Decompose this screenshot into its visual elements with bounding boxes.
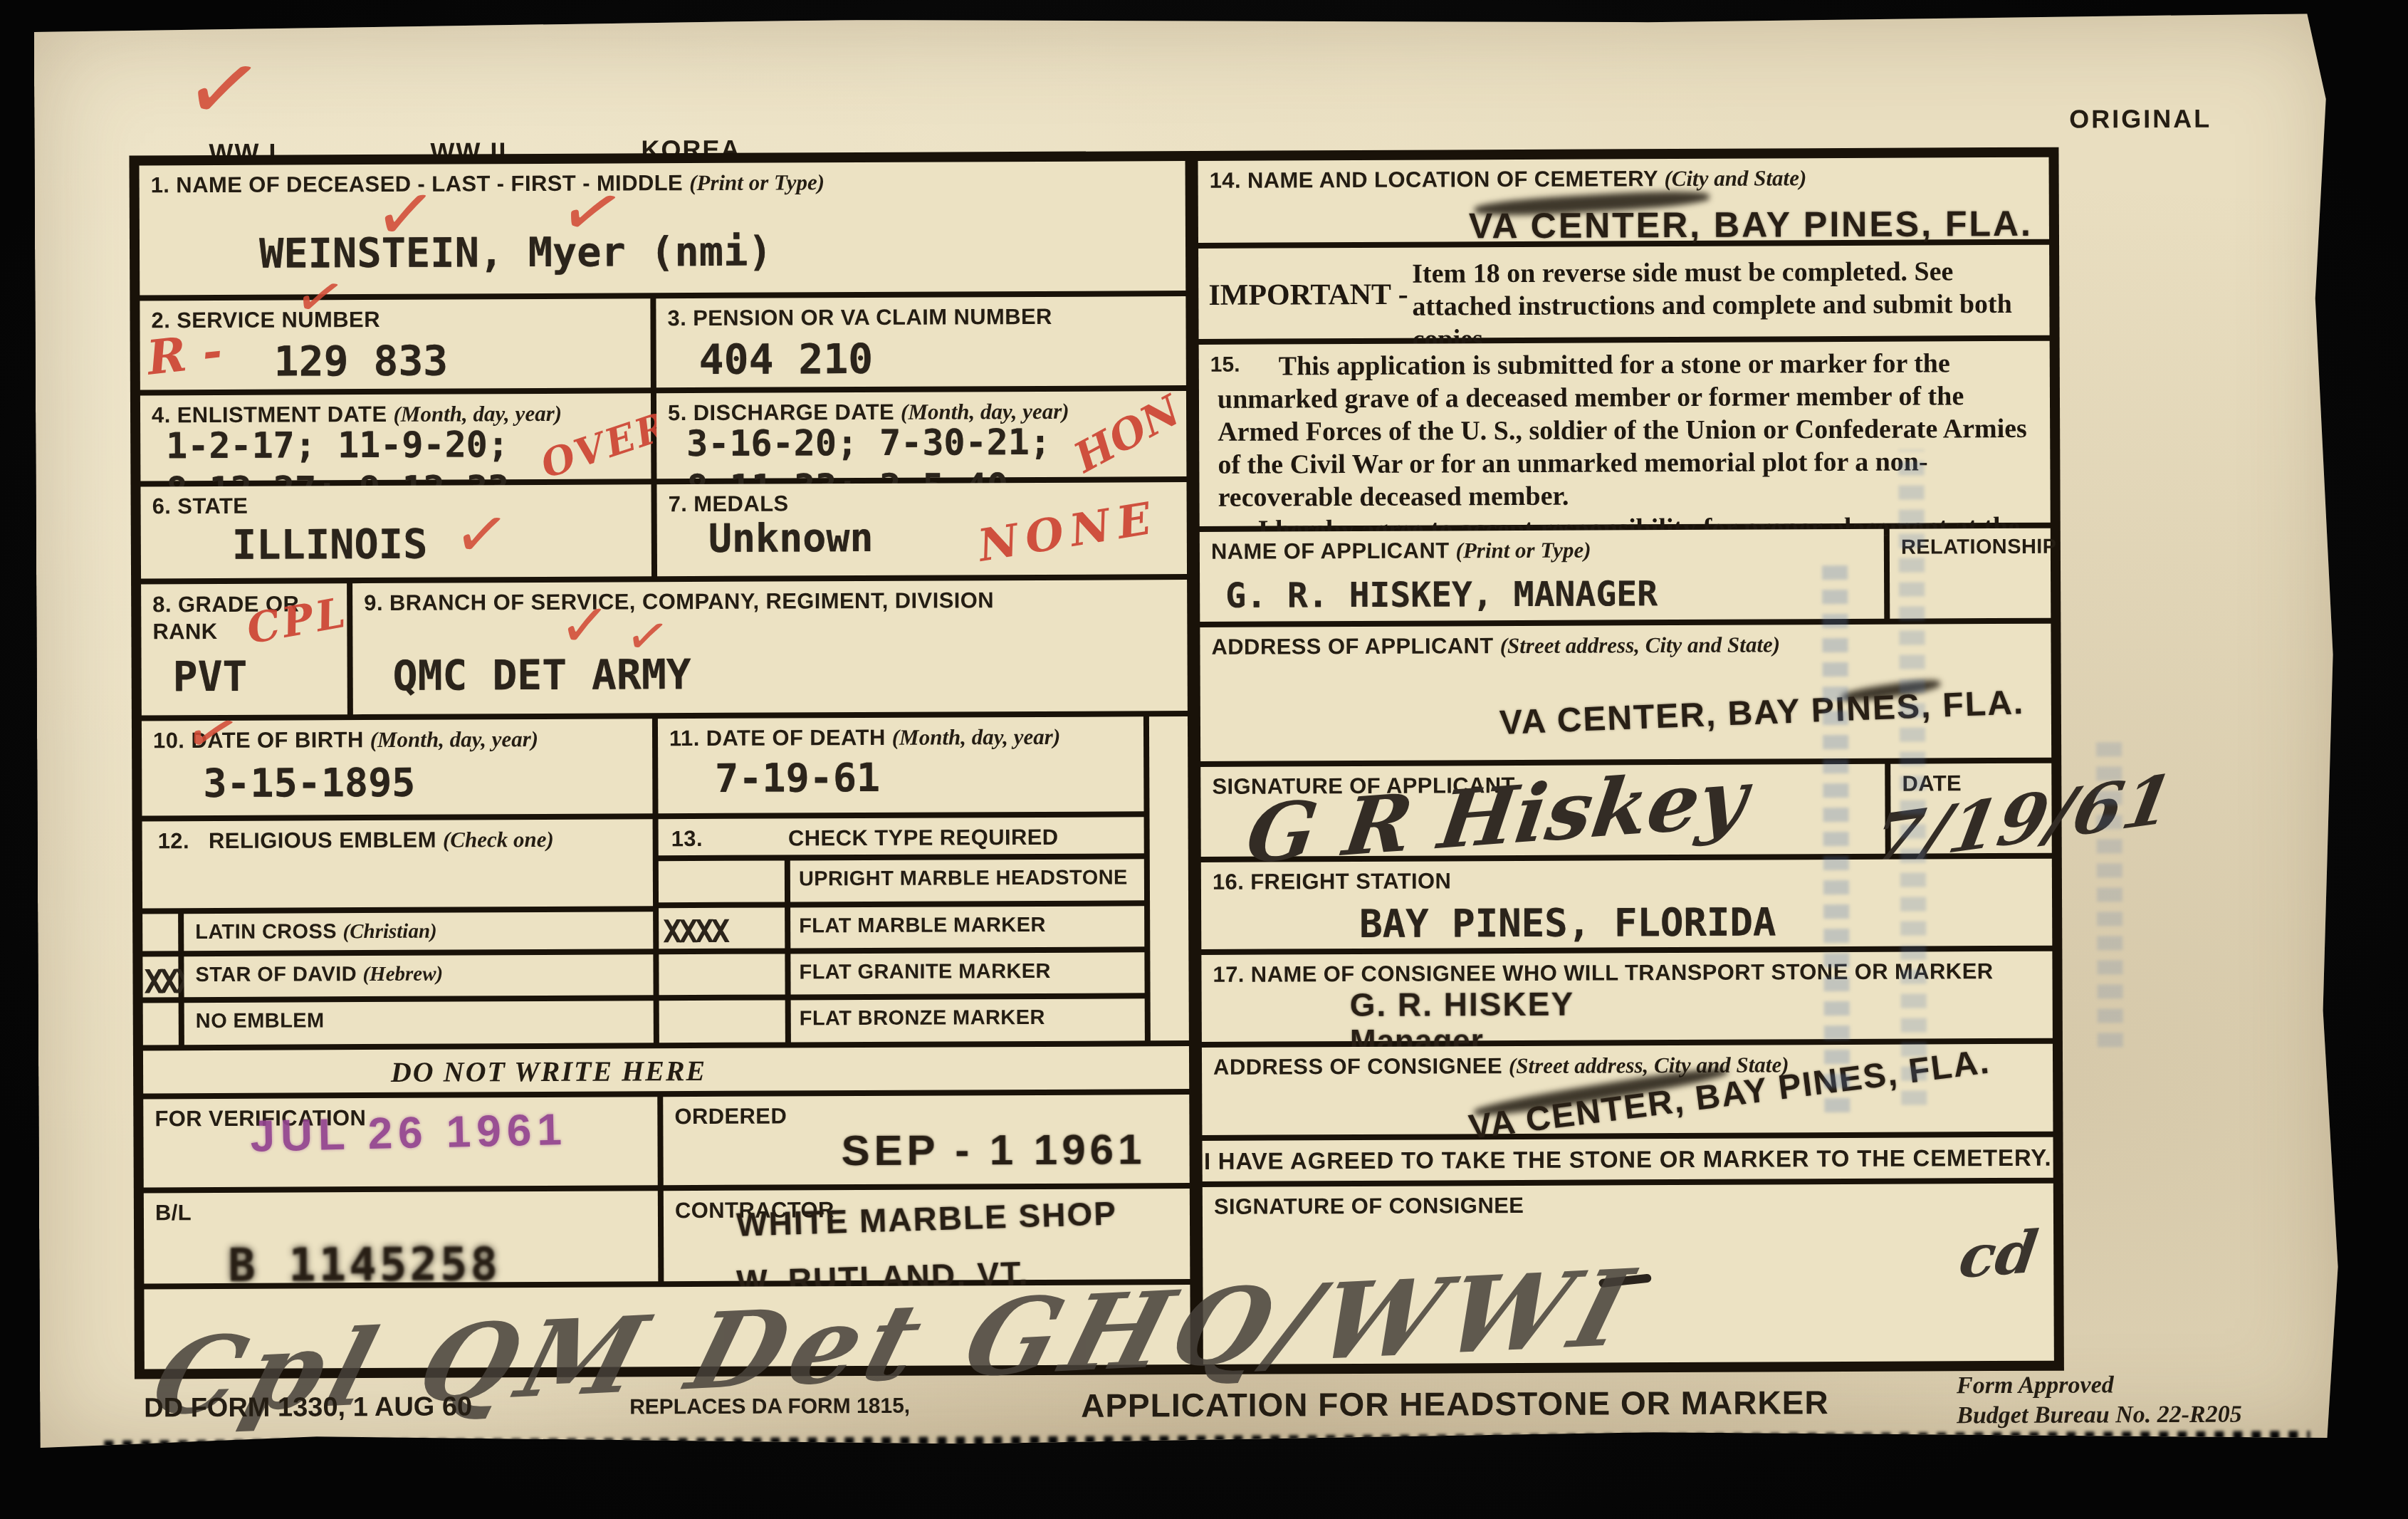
option-latin-cross: LATIN CROSS (Christian) bbox=[184, 912, 653, 951]
field-label-italic: (Check one) bbox=[443, 827, 554, 852]
typed-x-mark: XXXX bbox=[663, 914, 727, 950]
field-number: 11. bbox=[669, 726, 700, 751]
option-label-italic: (Hebrew) bbox=[362, 963, 443, 986]
typed-value: 7-19-61 bbox=[715, 755, 880, 801]
field-service-number: 2. SERVICE NUMBER 129 833 R - ✓ bbox=[140, 298, 651, 390]
field-grade-or-rank: 8. GRADE OR RANK PVT CPL bbox=[141, 583, 347, 715]
checkbox-upright-marble bbox=[659, 860, 785, 902]
do-not-write-banner: DO NOT WRITE HERE bbox=[143, 1046, 1189, 1093]
footer-form-id: DD FORM 1330, 1 AUG 60 bbox=[144, 1392, 472, 1424]
option-label: STAR OF DAVID bbox=[195, 963, 357, 986]
typed-value-line1: 3-16-20; 7-30-21; bbox=[686, 420, 1051, 466]
field-label: MEDALS bbox=[693, 491, 788, 516]
red-check-icon: ✓ bbox=[450, 499, 513, 572]
field-religious-emblem-header: 12. RELIGIOUS EMBLEM (Check one) bbox=[142, 819, 654, 908]
date-stamp-ordered: SEP - 1 1961 bbox=[841, 1124, 1146, 1175]
option-flat-bronze: FLAT BRONZE MARKER bbox=[791, 998, 1145, 1042]
form-paper: WW I WW II KOREA ORIGINAL ✓ 1. NAME OF D… bbox=[34, 14, 2346, 1448]
field-label: NAME OF APPLICANT bbox=[1211, 538, 1450, 563]
field-label: ADDRESS OF CONSIGNEE bbox=[1213, 1053, 1502, 1080]
red-check-icon: ✓ bbox=[557, 593, 613, 658]
field-label: ADDRESS OF APPLICANT bbox=[1211, 633, 1493, 659]
checkbox-no-emblem bbox=[143, 1003, 179, 1045]
field-number: 16. bbox=[1213, 870, 1244, 894]
red-check-icon: ✓ bbox=[622, 607, 674, 665]
field-state: 6. STATE ILLINOIS ✓ bbox=[140, 484, 651, 578]
field-number: 5. bbox=[668, 400, 687, 425]
field-label-italic: (City and State) bbox=[1664, 165, 1806, 191]
red-annotation-service-prefix: R - bbox=[145, 323, 225, 386]
checkbox-flat-granite bbox=[659, 954, 785, 995]
field-number: 9. bbox=[364, 590, 383, 615]
agreement-text: I HAVE AGREED TO TAKE THE STONE OR MARKE… bbox=[1203, 1137, 2053, 1175]
field-number: 3. bbox=[667, 306, 686, 330]
faint-blue-stamp bbox=[1822, 557, 1850, 1112]
field-number: 1. bbox=[151, 172, 170, 197]
field-number: 6. bbox=[152, 494, 172, 518]
stamp-bl-number: B 1145258 bbox=[228, 1238, 501, 1293]
field-label: SIGNATURE OF CONSIGNEE bbox=[1214, 1193, 1524, 1219]
stamp-cemetery: VA CENTER, BAY PINES, FLA. bbox=[1469, 203, 2033, 246]
checkbox-flat-marble: XXXX bbox=[659, 907, 785, 949]
field-contractor: CONTRACTOR WHITE MARBLE SHOP W. RUTLAND,… bbox=[664, 1189, 1190, 1281]
checkbox-star-of-david: XXX bbox=[142, 956, 178, 997]
field-label: PENSION OR VA CLAIM NUMBER bbox=[693, 304, 1052, 330]
footer-approved-2: Budget Bureau No. 22-R205 bbox=[1957, 1401, 2242, 1430]
field-number: 7. bbox=[669, 491, 688, 516]
field-discharge-date: 5. DISCHARGE DATE (Month, day, year) 3-1… bbox=[656, 391, 1187, 479]
checkbox-latin-cross bbox=[142, 914, 178, 951]
field-label-italic: (Month, day, year) bbox=[892, 724, 1061, 750]
typed-value: G. R. HISKEY, MANAGER bbox=[1225, 574, 1658, 616]
field-medals: 7. MEDALS Unknown NONE bbox=[656, 482, 1187, 576]
field-ordered: ORDERED SEP - 1 1961 bbox=[663, 1095, 1190, 1185]
date-stamp-verification: JUL 26 1961 bbox=[250, 1105, 568, 1162]
checkbox-flat-bronze bbox=[659, 1000, 785, 1043]
footer-replaces: REPLACES DA FORM 1815, bbox=[629, 1394, 910, 1420]
important-note: IMPORTANT - Item 18 on reverse side must… bbox=[1198, 245, 2050, 339]
field-applicant-name: NAME OF APPLICANT (Print or Type) G. R. … bbox=[1200, 529, 1885, 622]
field-for-verification: FOR VERIFICATION JUL 26 1961 bbox=[143, 1097, 658, 1187]
field-label: NAME OF CONSIGNEE WHO WILL TRANSPORT STO… bbox=[1251, 959, 1994, 987]
pencil-initials: cd bbox=[1955, 1218, 2042, 1292]
field-label: ORDERED bbox=[674, 1103, 787, 1129]
field-label: NAME AND LOCATION OF CEMETERY bbox=[1247, 166, 1658, 193]
important-label: IMPORTANT - bbox=[1208, 278, 1408, 313]
typed-value: 129 833 bbox=[274, 337, 449, 386]
field-label-italic: (Print or Type) bbox=[689, 169, 825, 195]
original-copy-label: ORIGINAL bbox=[2069, 104, 2211, 135]
red-check-icon: ✓ bbox=[371, 174, 440, 254]
option-no-emblem: NO EMBLEM bbox=[184, 1001, 654, 1045]
important-text: Item 18 on reverse side must be complete… bbox=[1412, 255, 2039, 356]
typed-value-line1: 1-2-17; 11-9-20; bbox=[166, 422, 509, 468]
option-label: FLAT BRONZE MARKER bbox=[800, 1006, 1045, 1030]
field-date-of-birth: 10. DATE OF BIRTH (Month, day, year) 3-1… bbox=[142, 719, 653, 815]
blank-column bbox=[1149, 716, 1189, 1040]
field-label: DATE OF DEATH bbox=[706, 725, 886, 751]
field-pension-claim-number: 3. PENSION OR VA CLAIM NUMBER 404 210 bbox=[656, 296, 1186, 387]
typed-value: ILLINOIS bbox=[232, 521, 428, 569]
field-number: 12. bbox=[158, 828, 189, 853]
field-number: 14. bbox=[1210, 168, 1241, 193]
option-label: NO EMBLEM bbox=[196, 1009, 325, 1033]
field-label: B/L bbox=[155, 1200, 192, 1225]
option-label-italic: (Christian) bbox=[342, 920, 436, 944]
field-label: STATE bbox=[177, 494, 248, 518]
field-label-italic: (Print or Type) bbox=[1455, 538, 1591, 563]
field-bl: B/L B 1145258 bbox=[144, 1191, 659, 1283]
option-star-of-david: STAR OF DAVID (Hebrew) bbox=[184, 954, 653, 997]
option-flat-marble: FLAT MARBLE MARKER bbox=[790, 906, 1144, 948]
footer-approved-1: Form Approved bbox=[1957, 1372, 2114, 1399]
do-not-write-text: DO NOT WRITE HERE bbox=[0, 1046, 1189, 1091]
typed-value: 404 210 bbox=[699, 335, 874, 384]
field-label: FREIGHT STATION bbox=[1250, 868, 1451, 894]
option-label: FLAT GRANITE MARKER bbox=[799, 960, 1051, 984]
faint-blue-stamp bbox=[1898, 449, 1927, 1105]
field-label-italic: (Street address, City and State) bbox=[1500, 632, 1781, 658]
field-enlistment-date: 4. ENLISTMENT DATE (Month, day, year) 1-… bbox=[140, 393, 651, 481]
stamp-consignee-name: G. R. HISKEY bbox=[1350, 985, 1575, 1024]
field-cemetery: 14. NAME AND LOCATION OF CEMETERY (City … bbox=[1198, 157, 2049, 243]
faint-blue-stamp bbox=[2096, 734, 2123, 1047]
field-applicant-signature: SIGNATURE OF APPLICANT G R Hiskey bbox=[1200, 764, 1885, 857]
footer-title: APPLICATION FOR HEADSTONE OR MARKER bbox=[1081, 1383, 1829, 1425]
perforated-edge bbox=[104, 1431, 2310, 1453]
typed-value: BAY PINES, FLORIDA bbox=[1359, 899, 1776, 946]
field-branch-of-service: 9. BRANCH OF SERVICE, COMPANY, REGIMENT,… bbox=[352, 580, 1188, 714]
field-check-type-header: 13. CHECK TYPE REQUIRED bbox=[659, 817, 1144, 855]
field-label: BRANCH OF SERVICE, COMPANY, REGIMENT, DI… bbox=[389, 588, 994, 615]
option-label: FLAT MARBLE MARKER bbox=[799, 914, 1046, 938]
field-label-italic: (Month, day, year) bbox=[370, 726, 539, 752]
agreement-banner: I HAVE AGREED TO TAKE THE STONE OR MARKE… bbox=[1203, 1137, 2053, 1181]
field-number: 13. bbox=[671, 826, 703, 851]
option-label: LATIN CROSS bbox=[195, 920, 337, 944]
typed-value: 3-15-1895 bbox=[203, 760, 415, 806]
typed-value: Unknown bbox=[708, 515, 874, 561]
form-grid: 1. NAME OF DECEASED - LAST - FIRST - MID… bbox=[129, 147, 2063, 1379]
red-check-icon: ✓ bbox=[178, 37, 270, 142]
option-label: UPRIGHT MARBLE HEADSTONE bbox=[799, 866, 1128, 890]
option-flat-granite: FLAT GRANITE MARKER bbox=[790, 952, 1144, 994]
field-label: CHECK TYPE REQUIRED bbox=[788, 825, 1059, 851]
field-label: RELIGIOUS EMBLEM bbox=[209, 828, 436, 853]
field-number: 8. bbox=[152, 592, 172, 617]
field-number: 17. bbox=[1213, 962, 1244, 987]
option-upright-marble: UPRIGHT MARBLE HEADSTONE bbox=[790, 859, 1144, 902]
field-date-of-death: 11. DATE OF DEATH (Month, day, year) 7-1… bbox=[658, 716, 1144, 813]
scanned-document-photo: WW I WW II KOREA ORIGINAL ✓ 1. NAME OF D… bbox=[0, 0, 2408, 1519]
field-name-of-deceased: 1. NAME OF DECEASED - LAST - FIRST - MID… bbox=[140, 161, 1186, 295]
stamp-applicant-address: VA CENTER, BAY PINES, FLA. bbox=[1499, 683, 2025, 743]
